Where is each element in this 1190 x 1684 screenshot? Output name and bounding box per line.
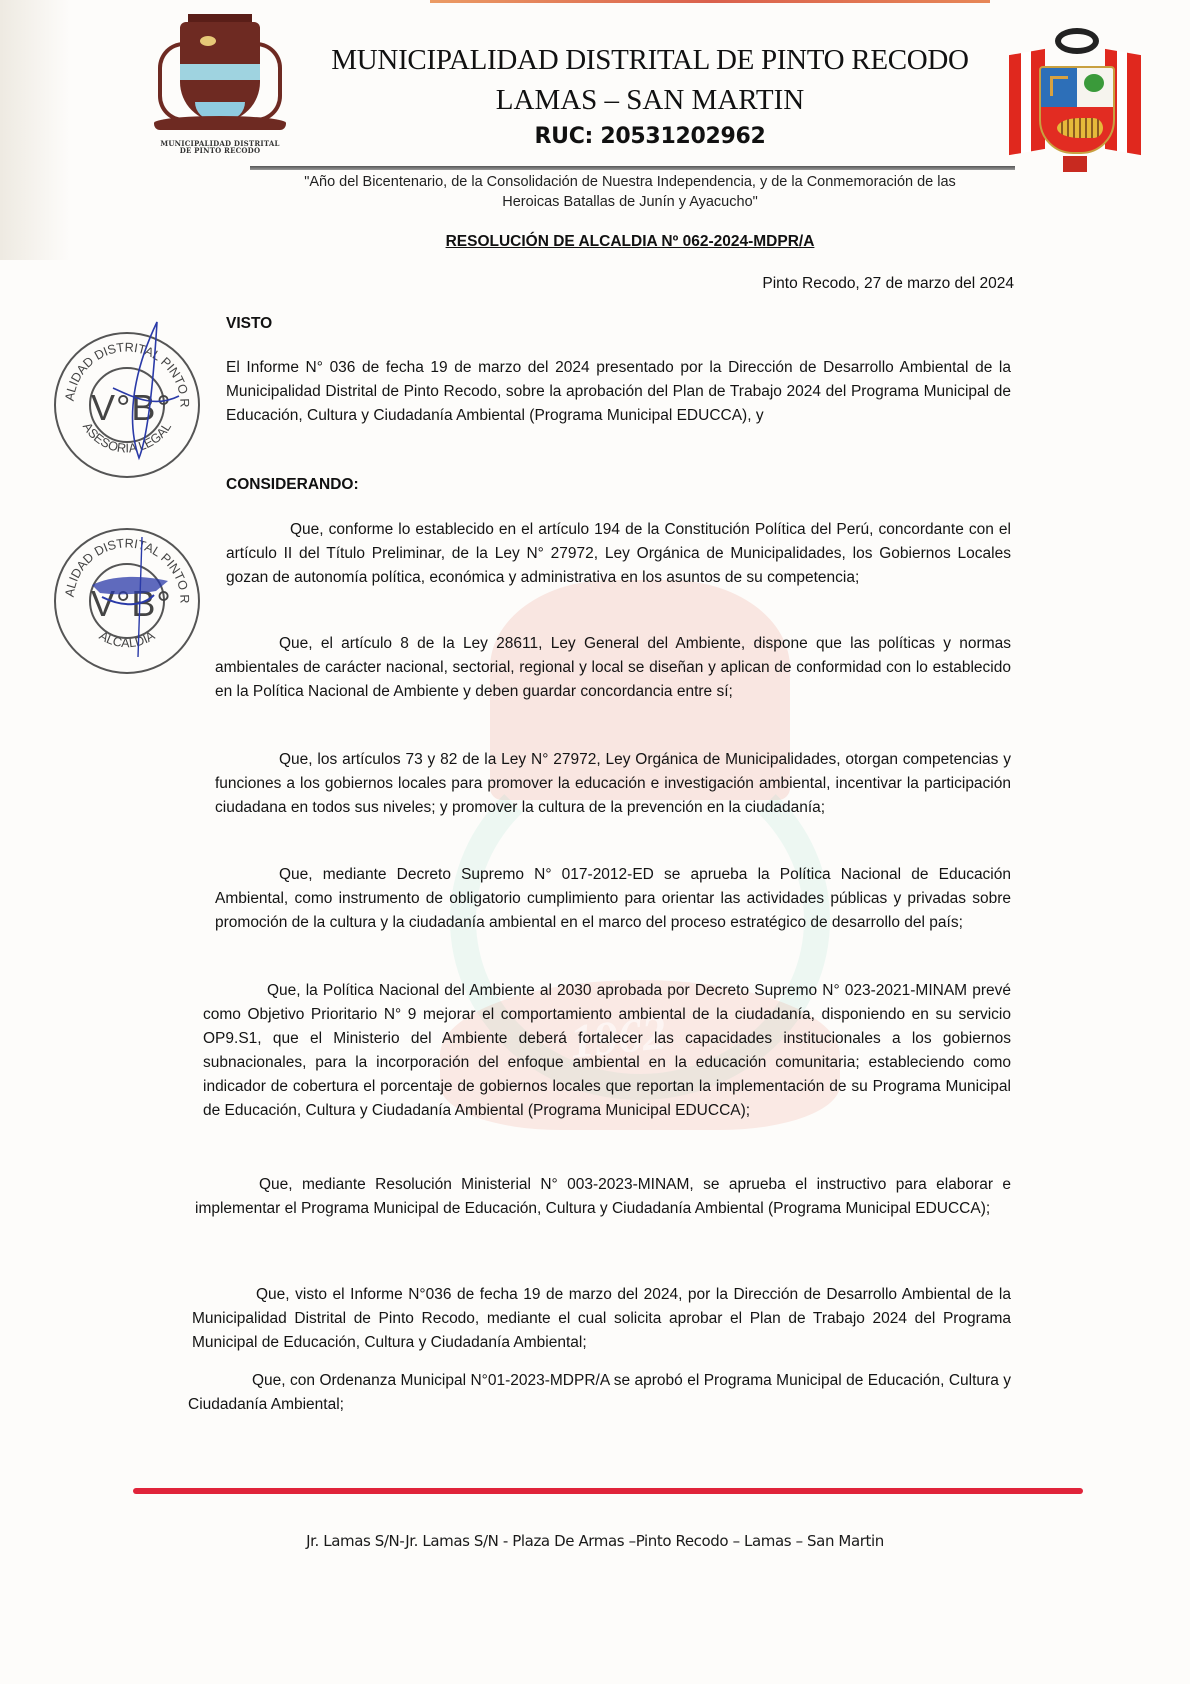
- year-motto-line2: Heroicas Batallas de Junín y Ayacucho": [240, 192, 1020, 212]
- resolution-title: RESOLUCIÓN DE ALCALDIA Nº 062-2024-MDPR/…: [240, 233, 1020, 251]
- sky-band: [180, 64, 260, 80]
- crest-caption: MUNICIPALIDAD DISTRITAL DE PINTO RECODO: [150, 140, 290, 154]
- considerando-paragraph: Que, visto el Informe N°036 de fecha 19 …: [192, 1283, 1011, 1355]
- seal-alcaldia: MUNICIPALIDAD DISTRITAL PINTO RECODO ALC…: [54, 528, 200, 674]
- seal-vb-text: V°B°: [91, 583, 163, 625]
- year-motto-line1: "Año del Bicentenario, de la Consolidaci…: [240, 172, 1020, 192]
- considerando-paragraph: Que, conforme lo establecido en el artíc…: [226, 518, 1011, 590]
- seal-inner-ring: V°B°: [89, 367, 165, 443]
- considerando-paragraph: Que, mediante Decreto Supremo N° 017-201…: [215, 863, 1011, 935]
- considerando-paragraph: Que, la Política Nacional del Ambiente a…: [203, 979, 1011, 1123]
- considerando-paragraph: Que, con Ordenanza Municipal N°01-2023-M…: [188, 1369, 1011, 1417]
- visto-paragraph: El Informe N° 036 de fecha 19 de marzo d…: [226, 356, 1011, 428]
- visto-heading: VISTO: [226, 315, 272, 333]
- considerando-paragraph: Que, mediante Resolución Ministerial N° …: [195, 1173, 1011, 1221]
- page-top-edge: [430, 0, 990, 3]
- footer-address: Jr. Lamas S/N-Jr. Lamas S/N - Plaza De A…: [0, 1532, 1190, 1550]
- header-divider: [250, 166, 1015, 170]
- crest-caption-line2: DE PINTO RECODO: [150, 147, 290, 154]
- place-date: Pinto Recodo, 27 de marzo del 2024: [762, 275, 1014, 293]
- municipality-ruc: RUC: 20531202962: [300, 124, 1000, 149]
- considerando-heading: CONSIDERANDO:: [226, 476, 359, 494]
- year-motto: "Año del Bicentenario, de la Consolidaci…: [240, 172, 1020, 212]
- sun-icon: [200, 36, 216, 46]
- considerando-paragraph: Que, el artículo 8 de la Ley 28611, Ley …: [215, 632, 1011, 704]
- coat-shield-icon: [1039, 66, 1115, 154]
- crest-banner: [154, 116, 286, 130]
- footer-divider: [133, 1488, 1083, 1494]
- seal-inner-ring: V°B°: [89, 563, 165, 639]
- vicuna-icon: [1050, 76, 1068, 96]
- crest-shield-icon: [180, 22, 260, 122]
- resolution-title-text: RESOLUCIÓN DE ALCALDIA Nº 062-2024-MDPR/…: [446, 233, 815, 250]
- peru-coat-of-arms-icon: [1005, 26, 1145, 176]
- municipal-crest-logo: MUNICIPALIDAD DISTRITAL DE PINTO RECODO: [150, 12, 290, 160]
- scan-stain: [0, 0, 70, 260]
- coat-base: [1063, 156, 1087, 172]
- considerando-paragraph: Que, los artículos 73 y 82 de la Ley N° …: [215, 748, 1011, 820]
- holm-oak-wreath-icon: [1055, 28, 1099, 54]
- seal-vb-text: V°B°: [91, 387, 163, 429]
- cornucopia-icon: [1057, 118, 1103, 138]
- cinchona-tree-icon: [1084, 74, 1104, 92]
- municipality-location: LAMAS – SAN MARTIN: [300, 84, 1000, 117]
- seal-asesoria-legal: MUNICIPALIDAD DISTRITAL PINTO RECODO ASE…: [54, 332, 200, 478]
- municipality-title: MUNICIPALIDAD DISTRITAL DE PINTO RECODO: [300, 44, 1000, 77]
